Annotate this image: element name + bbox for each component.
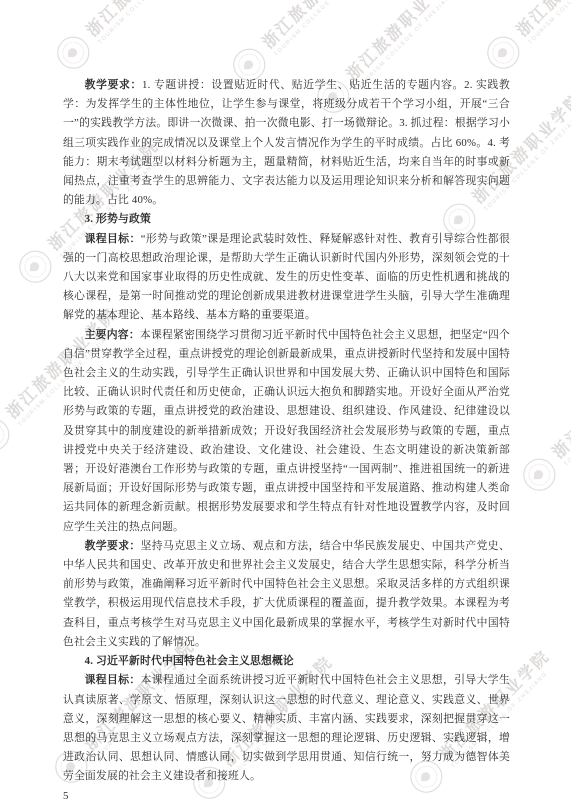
paragraph-label: 课程目标：	[85, 233, 141, 245]
paragraph-text: “形势与政策”课是理论武装时效性、释疑解惑针对性、教育引导综合性都很强的一门高校…	[63, 233, 510, 322]
section-heading: 3. 形势与政策	[63, 210, 510, 229]
paragraph-text: 1. 专题讲授：设置贴近时代、贴近学生、贴近生活的专题内容。2. 实践教学：为发…	[63, 79, 510, 206]
paragraph: 课程目标：本课程通过全面系统讲授习近平新时代中国特色社会主义思想，引导大学生认真…	[63, 671, 510, 786]
paragraph-label: 教学要求：	[85, 79, 142, 91]
heading-text: 4. 习近平新时代中国特色社会主义思想概论	[85, 655, 294, 667]
paragraph-label: 教学要求：	[85, 540, 141, 552]
paragraph: 教学要求：1. 专题讲授：设置贴近时代、贴近学生、贴近生活的专题内容。2. 实践…	[63, 76, 510, 210]
document-page: 教学要求：1. 专题讲授：设置贴近时代、贴近学生、贴近生活的专题内容。2. 实践…	[0, 0, 571, 808]
paragraph-label: 课程目标：	[85, 674, 141, 686]
paragraph: 课程目标：“形势与政策”课是理论武装时效性、释疑解惑针对性、教育引导综合性都很强…	[63, 230, 510, 326]
paragraph-text: 本课程通过全面系统讲授习近平新时代中国特色社会主义思想，引导大学生认真读原著、学…	[63, 674, 510, 782]
page-number: 5	[63, 787, 510, 806]
paragraph-text: 坚持马克思主义立场、观点和方法，结合中华民族发展史、中国共产党史、中华人民共和国…	[63, 540, 510, 648]
paragraph-label: 主要内容：	[85, 329, 140, 341]
section-heading: 4. 习近平新时代中国特色社会主义思想概论	[63, 652, 510, 671]
scanned-document: { "watermark": { "cn_name": "浙江旅游职业学院", …	[0, 0, 571, 808]
document-body: 教学要求：1. 专题讲授：设置贴近时代、贴近学生、贴近生活的专题内容。2. 实践…	[63, 76, 510, 787]
paragraph: 教学要求：坚持马克思主义立场、观点和方法，结合中华民族发展史、中国共产党史、中华…	[63, 537, 510, 652]
paragraph: 主要内容：本课程紧密围绕学习贯彻习近平新时代中国特色社会主义思想，把坚定“四个自…	[63, 326, 510, 537]
paragraph-text: 本课程紧密围绕学习贯彻习近平新时代中国特色社会主义思想，把坚定“四个自信”贯穿教…	[63, 329, 510, 533]
heading-text: 3. 形势与政策	[85, 213, 151, 225]
